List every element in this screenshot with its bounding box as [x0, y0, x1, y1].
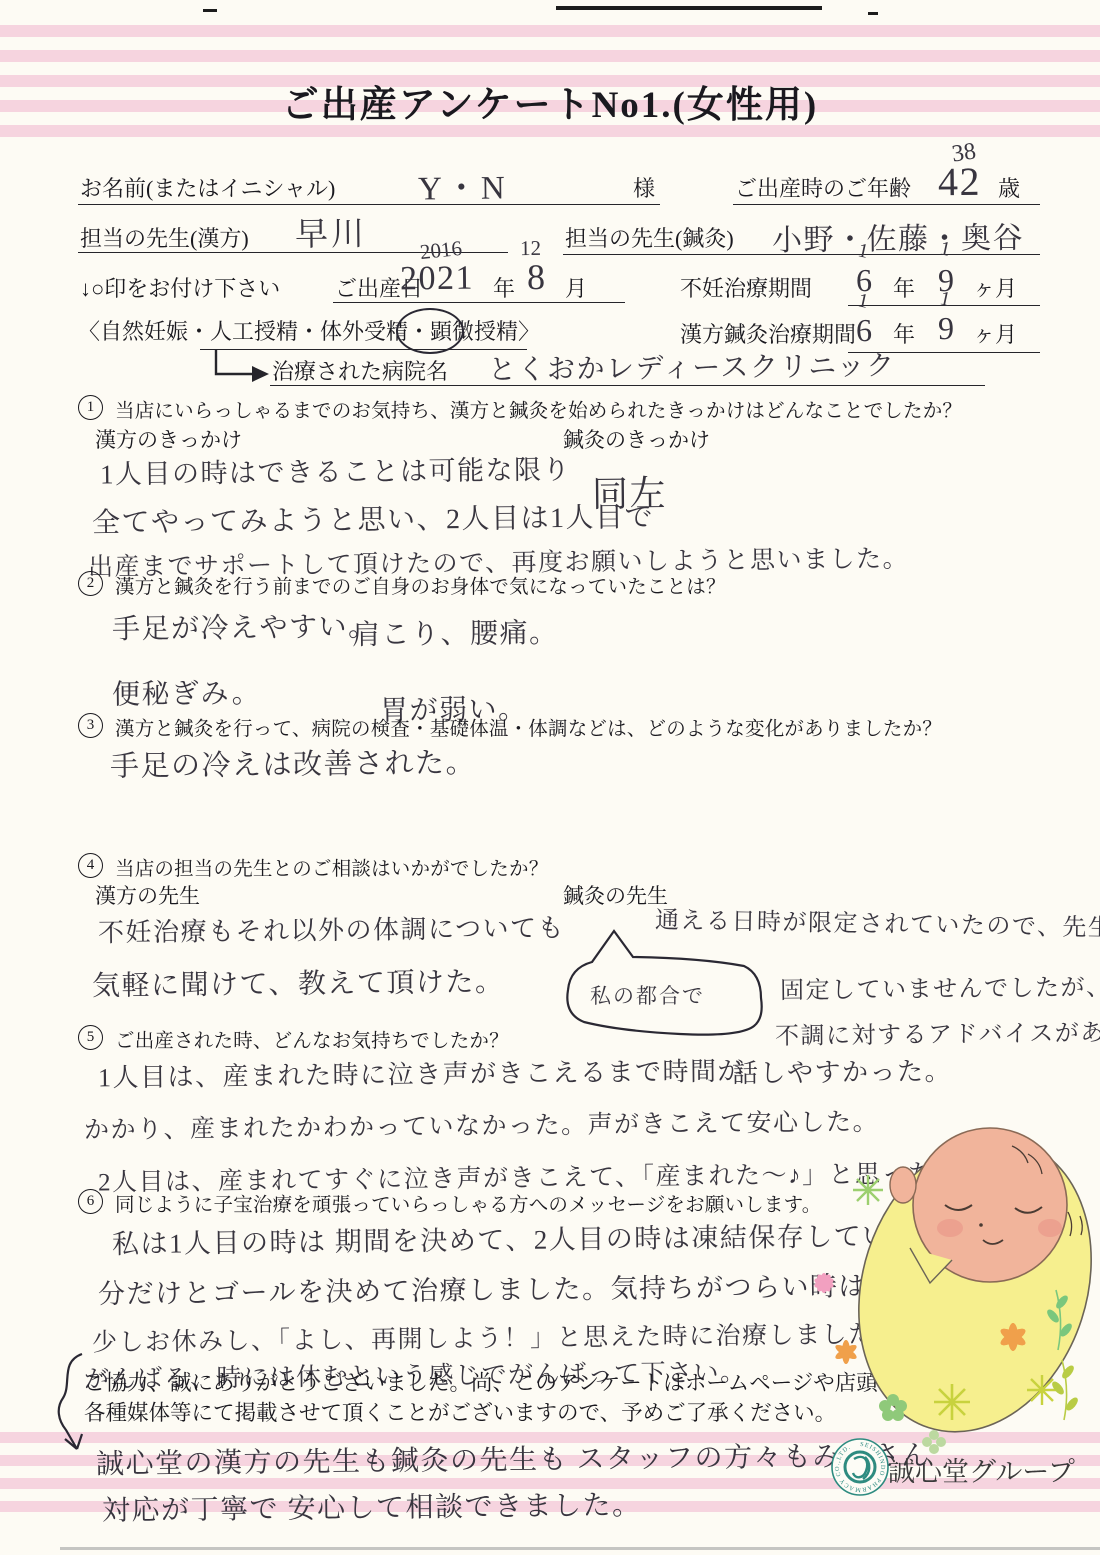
answer-handwriting: かかり、産まれたかわかっていなかった。声がきこえて安心した。: [84, 1102, 879, 1146]
speech-bubble: 私の都合で: [558, 918, 778, 1048]
answer-handwriting: 不妊治療もそれ以外の体調についても: [98, 908, 565, 950]
answer-handwriting: 固定していませんでしたが、どの先生も: [780, 966, 1100, 1006]
months-unit: ヶ月: [973, 272, 1017, 303]
year-unit: 年: [493, 272, 515, 303]
baby-ear: [890, 1167, 916, 1203]
scan-artifact-bottom-edge: [60, 1547, 1100, 1550]
question-text: 漢方と鍼灸を行って、病院の検査・基礎体温・体調などは、どのような変化がありました…: [115, 712, 942, 741]
question-number: 6: [78, 1189, 103, 1214]
question-number: 1: [78, 395, 103, 420]
acupuncture-doctor-label: 担当の先生(鍼灸): [565, 222, 734, 253]
answer-handwriting: 話しやすかった。: [732, 1051, 952, 1090]
honorific-label: 様: [633, 172, 655, 203]
footer-note-line: 各種媒体等にて掲載させて頂くことがございますので、予めご了承ください。: [84, 1396, 836, 1427]
birth-year-value: 2021: [400, 260, 474, 299]
answer-handwriting: 1人目は、産まれた時に泣き声がきこえるまで時間が: [98, 1051, 745, 1095]
underline: [78, 204, 660, 205]
kampo-doctor-label: 担当の先生(漢方): [80, 222, 249, 253]
survey-scan-page: ご出産アンケートNo1.(女性用) お名前(またはイニシャル) Y・N 様 ご出…: [0, 0, 1100, 1555]
question-text: 漢方と鍼灸を行う前までのご自身のお身体で気になっていたことは？: [115, 570, 726, 599]
months-unit: ヶ月: [973, 318, 1017, 349]
answer-handwriting: 肩こり、腰痛。: [352, 611, 559, 653]
question-text: 当店の担当の先生とのご相談はいかがでしたか？: [115, 852, 548, 881]
question-1: 1 当店にいらっしゃるまでのお気持ち、漢方と鍼灸を始められたきっかけはどんなこと…: [78, 394, 962, 423]
age-unit: 歳: [998, 172, 1020, 203]
question-text: ご出産された時、どんなお気持ちでしたか？: [115, 1024, 509, 1053]
question-3: 3 漢方と鍼灸を行って、病院の検査・基礎体温・体調などは、どのような変化がありま…: [78, 712, 942, 741]
kampo-trigger-label: 漢方のきっかけ: [95, 424, 242, 454]
question-number: 3: [78, 713, 103, 738]
underline: [733, 204, 1040, 205]
question-number: 4: [78, 853, 103, 878]
acupuncture-doctor-sublabel: 鍼灸の先生: [563, 880, 668, 910]
underline: [563, 254, 1040, 255]
birth-month-value: 8: [527, 256, 547, 298]
page-title: ご出産アンケートNo1.(女性用): [0, 74, 1100, 128]
baby-illustration: [800, 1120, 1100, 1450]
hospital-name-value: とくおかレディースクリニック: [488, 344, 896, 388]
speech-bubble-text: 私の都合で: [590, 984, 705, 1008]
infertility-period-label: 不妊治療期間: [680, 272, 812, 303]
name-label: お名前(またはイニシャル): [80, 172, 335, 203]
answer-handwriting: 私は1人目の時は 期間を決めて、2人目の時は凍結保存している: [112, 1214, 920, 1261]
logo-text: 誠心堂グループ: [888, 1450, 1075, 1489]
scan-artifact-tick: [868, 12, 878, 15]
age-value: 42: [938, 158, 981, 205]
answer-handwriting: 全てやってみようと思い、2人目は1人目で: [92, 495, 654, 541]
hospital-name-label: 治療された病院名: [272, 355, 448, 386]
kampo-doctor-sublabel: 漢方の先生: [95, 880, 200, 910]
question-6: 6 同じように子宝治療を頑張っていらっしゃる方へのメッセージをお願いします。: [78, 1188, 821, 1217]
kampo-doctor-value: 早川: [295, 208, 367, 256]
question-2: 2 漢方と鍼灸を行う前までのご自身のお身体で気になっていたことは？: [78, 570, 726, 599]
question-text: 同じように子宝治療を頑張っていらっしゃる方へのメッセージをお願いします。: [115, 1188, 821, 1217]
answer-handwriting: 便秘ぎみ。: [112, 671, 262, 713]
hospital-arrow-icon: [206, 346, 276, 386]
month-unit: 月: [565, 272, 587, 303]
scan-artifact-line: [556, 6, 822, 10]
scan-artifact-tick: [203, 9, 217, 12]
years-unit: 年: [893, 272, 915, 303]
answer-handwriting: 分だけとゴールを決めて治療しました。気持ちがつらい時は、: [98, 1264, 896, 1311]
underline: [270, 385, 985, 386]
acupuncture-trigger-label: 鍼灸のきっかけ: [563, 424, 710, 454]
answer-handwriting: 気軽に聞けて、教えて頂けた。: [92, 960, 505, 1004]
question-4: 4 当店の担当の先生とのご相談はいかがでしたか？: [78, 852, 548, 881]
question-number: 5: [78, 1025, 103, 1050]
answer-handwriting: 手足の冷えは改善された。: [110, 740, 476, 785]
age-label: ご出産時のご年齢: [735, 172, 911, 203]
acupuncture-doctor-value: 小野・佐藤・奥谷: [772, 213, 1024, 260]
kampo-acu-months-value: 9: [938, 310, 956, 347]
conception-method-options: 〈自然妊娠・人工授精・体外受精・顕微授精〉: [78, 315, 540, 346]
answer-handwriting: 不調に対するアドバイスがあり、: [775, 1012, 1100, 1051]
closing-handwriting: 対応が丁寧で 安心して相談できました。: [102, 1483, 642, 1529]
question-text: 当店にいらっしゃるまでのお気持ち、漢方と鍼灸を始められたきっかけはどんなことでし…: [115, 394, 962, 423]
question-5: 5 ご出産された時、どんなお気持ちでしたか？: [78, 1024, 509, 1053]
underline: [333, 302, 625, 303]
answer-handwriting: 1人目の時はできることは可能な限り: [100, 448, 571, 492]
question-number: 2: [78, 571, 103, 596]
name-value: Y・N: [418, 162, 508, 210]
years-unit: 年: [893, 318, 915, 349]
circle-mark-instruction: ↓○印をお付け下さい: [80, 272, 280, 303]
selection-circle-annotation: [396, 308, 464, 354]
answer-handwriting: 手足が冷えやすい。: [112, 605, 378, 648]
